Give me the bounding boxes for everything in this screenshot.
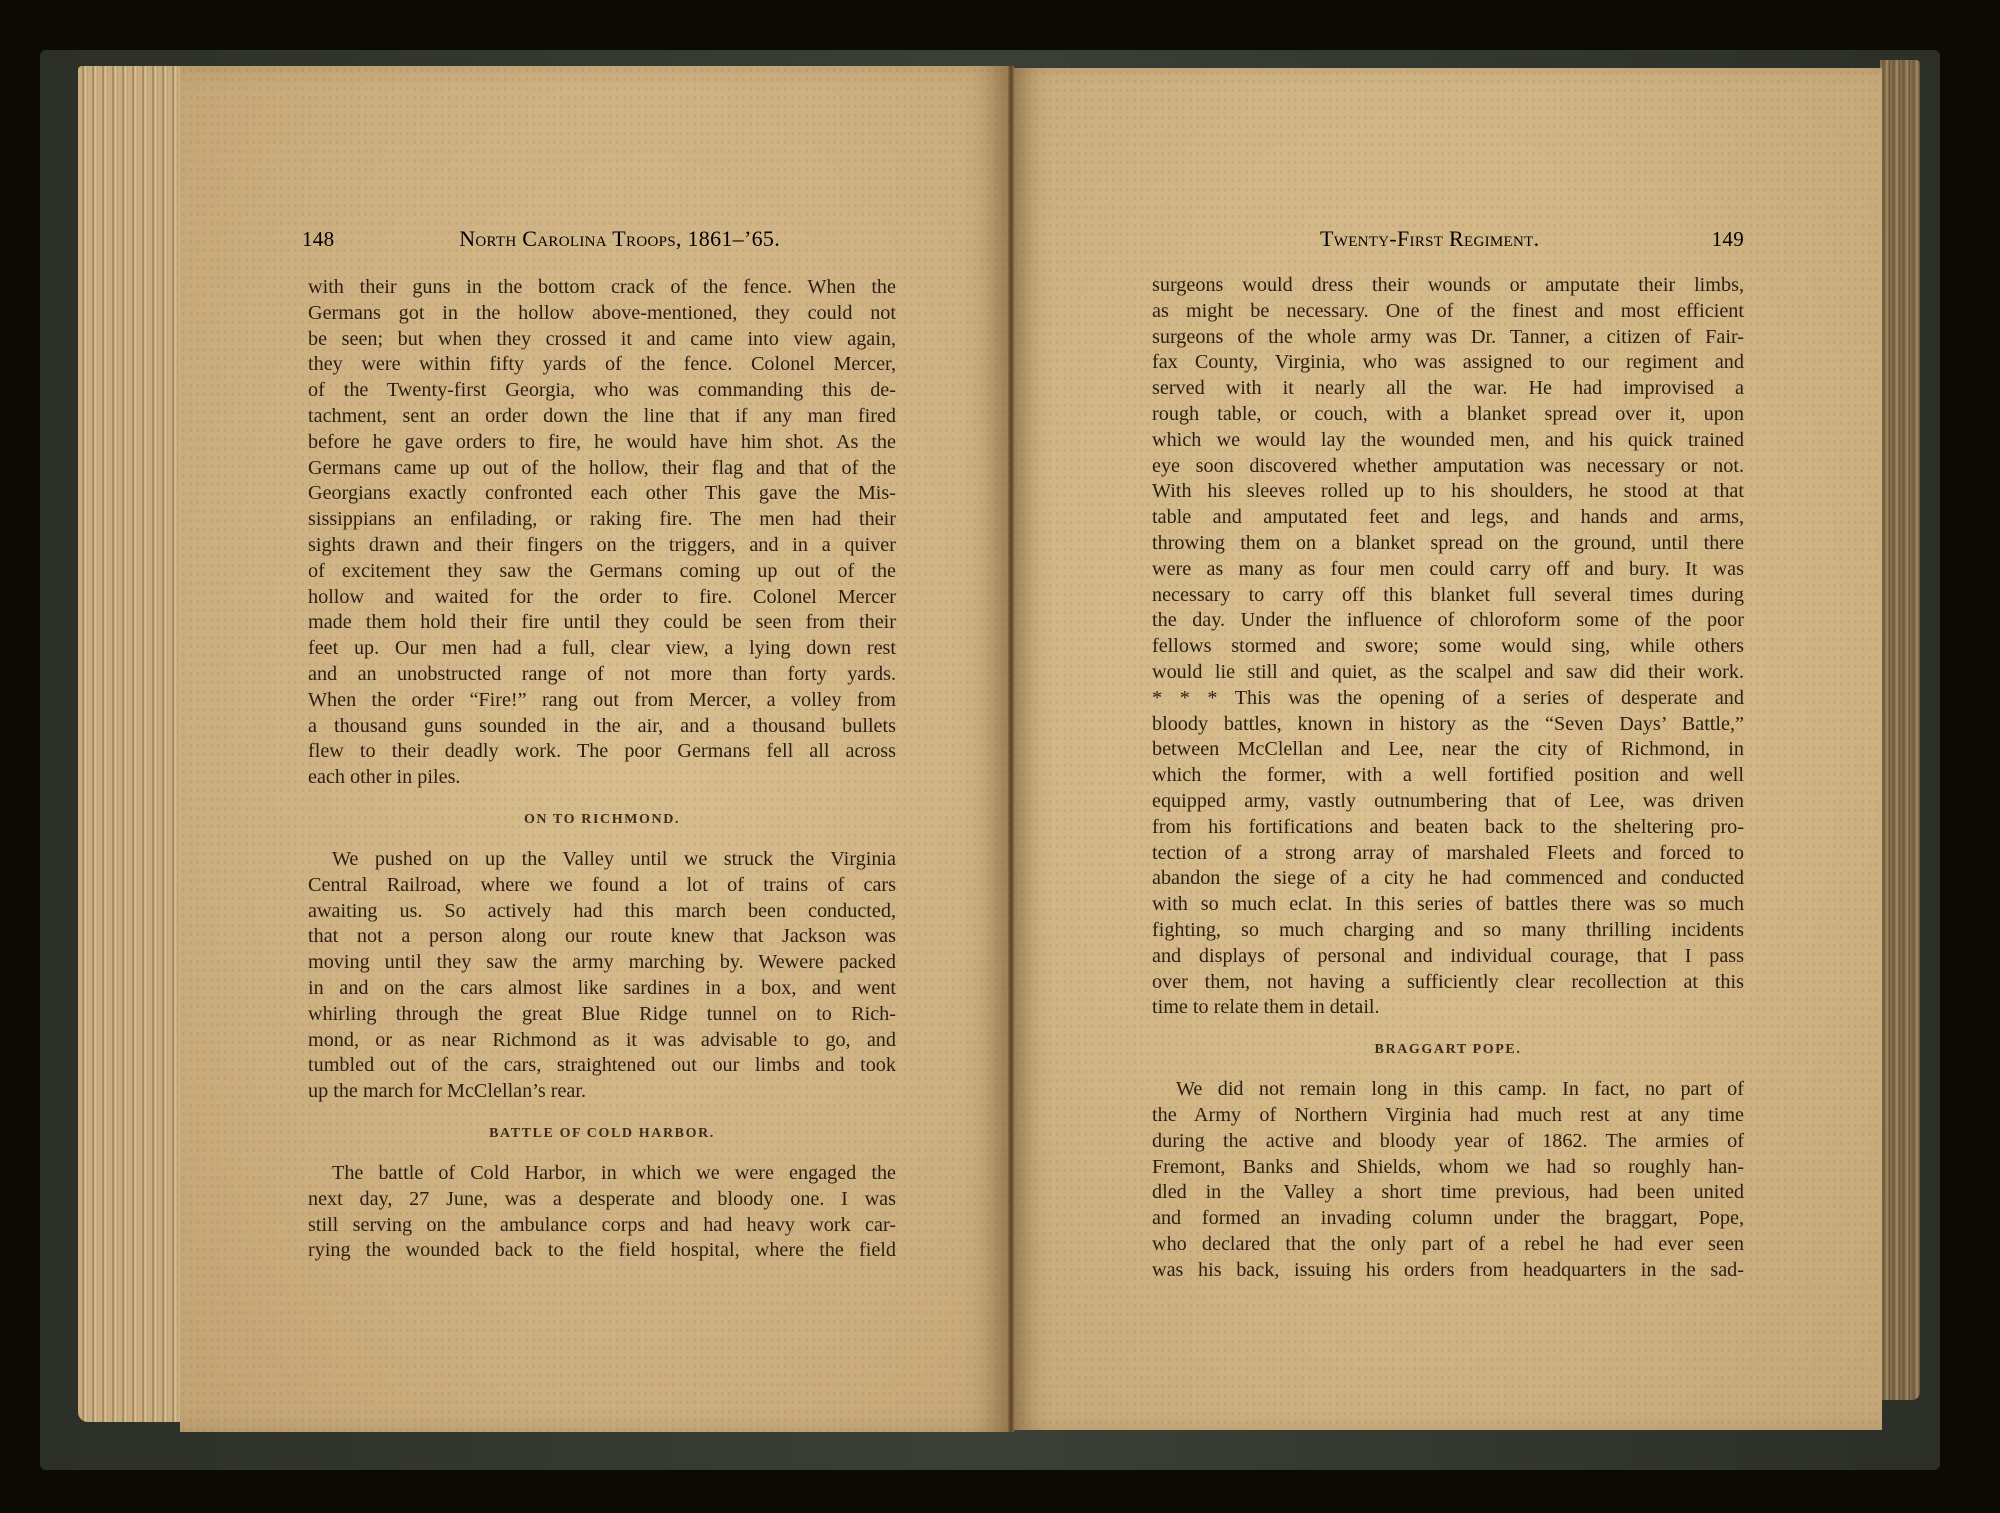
text-line: fighting, so much charging and so many t… bbox=[1152, 918, 1744, 944]
text-line: With his sleeves rolled up to his should… bbox=[1152, 479, 1744, 505]
text-line: which the former, with a well fortified … bbox=[1152, 763, 1744, 789]
text-line: abandon the siege of a city he had comme… bbox=[1152, 866, 1744, 892]
text-line: in and on the cars almost like sardines … bbox=[308, 976, 896, 1002]
text-line: tumbled out of the cars, straightened ou… bbox=[308, 1053, 896, 1079]
text-line: that not a person along our route knew t… bbox=[308, 924, 896, 950]
text-line: We did not remain long in this camp. In … bbox=[1152, 1077, 1744, 1103]
text-line: * * * This was the opening of a series o… bbox=[1152, 686, 1744, 712]
text-line: made them hold their fire until they cou… bbox=[308, 610, 896, 636]
paragraph: We pushed on up the Valley until we stru… bbox=[308, 847, 896, 1105]
paragraph: The battle of Cold Harbor, in which we w… bbox=[308, 1161, 896, 1264]
left-running-head: 148 North Carolina Troops, 1861–’65. bbox=[302, 226, 780, 256]
text-line: over them, not having a sufficiently cle… bbox=[1152, 970, 1744, 996]
text-line: dled in the Valley a short time previous… bbox=[1152, 1180, 1744, 1206]
text-line: When the order “Fire!” rang out from Mer… bbox=[308, 688, 896, 714]
text-line: We pushed on up the Valley until we stru… bbox=[308, 847, 896, 873]
text-line: be seen; but when they crossed it and ca… bbox=[308, 327, 896, 353]
text-line: Fremont, Banks and Shields, whom we had … bbox=[1152, 1155, 1744, 1181]
text-line: table and amputated feet and legs, and h… bbox=[1152, 505, 1744, 531]
text-line: Georgians exactly confronted each other … bbox=[308, 481, 896, 507]
text-line: who declared that the only part of a reb… bbox=[1152, 1232, 1744, 1258]
section-heading: BRAGGART POPE. bbox=[1152, 1031, 1744, 1073]
text-line: eye soon discovered whether amputation w… bbox=[1152, 454, 1744, 480]
text-line: feet up. Our men had a full, clear view,… bbox=[308, 636, 896, 662]
text-line: whirling through the great Blue Ridge tu… bbox=[308, 1002, 896, 1028]
text-line: sissippians an enfilading, or raking fir… bbox=[308, 507, 896, 533]
text-line: fellows stormed and swore; some would si… bbox=[1152, 634, 1744, 660]
running-title-left: North Carolina Troops, 1861–’65. bbox=[459, 226, 780, 252]
right-running-head: Twenty-First Regiment. 149 bbox=[1320, 226, 1744, 256]
page-number-left: 148 bbox=[302, 227, 334, 252]
section-heading: BATTLE OF COLD HARBOR. bbox=[308, 1115, 896, 1157]
text-line: bloody battles, known in history as the … bbox=[1152, 712, 1744, 738]
text-line: of the Twenty-first Georgia, who was com… bbox=[308, 378, 896, 404]
text-line: with so much eclat. In this series of ba… bbox=[1152, 892, 1744, 918]
text-line: throwing them on a blanket spread on the… bbox=[1152, 531, 1744, 557]
text-line: surgeons would dress their wounds or amp… bbox=[1152, 273, 1744, 299]
page-edges-right bbox=[1880, 60, 1920, 1400]
text-line: the day. Under the influence of chlorofo… bbox=[1152, 608, 1744, 634]
text-line: tection of a strong array of marshaled F… bbox=[1152, 841, 1744, 867]
text-line: between McClellan and Lee, near the city… bbox=[1152, 737, 1744, 763]
text-line: would lie still and quiet, as the scalpe… bbox=[1152, 660, 1744, 686]
text-line: they were within fifty yards of the fenc… bbox=[308, 352, 896, 378]
text-line: up the march for McClellan’s rear. bbox=[308, 1079, 896, 1105]
text-line: each other in piles. bbox=[308, 765, 896, 791]
text-line: with their guns in the bottom crack of t… bbox=[308, 275, 896, 301]
text-line: rough table, or couch, with a blanket sp… bbox=[1152, 402, 1744, 428]
paragraph: surgeons would dress their wounds or amp… bbox=[1152, 273, 1744, 1021]
text-line: during the active and bloody year of 186… bbox=[1152, 1129, 1744, 1155]
section-heading: ON TO RICHMOND. bbox=[308, 801, 896, 843]
running-title-right: Twenty-First Regiment. bbox=[1320, 226, 1539, 252]
text-line: which we would lay the wounded men, and … bbox=[1152, 428, 1744, 454]
text-line: a thousand guns sounded in the air, and … bbox=[308, 714, 896, 740]
text-line: was his back, issuing his orders from he… bbox=[1152, 1258, 1744, 1284]
paragraph: We did not remain long in this camp. In … bbox=[1152, 1077, 1744, 1283]
text-line: fax County, Virginia, who was assigned t… bbox=[1152, 350, 1744, 376]
text-line: equipped army, vastly outnumbering that … bbox=[1152, 789, 1744, 815]
text-line: necessary to carry off this blanket full… bbox=[1152, 583, 1744, 609]
text-line: from his fortifications and beaten back … bbox=[1152, 815, 1744, 841]
text-line: and displays of personal and individual … bbox=[1152, 944, 1744, 970]
text-line: before he gave orders to fire, he would … bbox=[308, 430, 896, 456]
text-line: Germans got in the hollow above-mentione… bbox=[308, 301, 896, 327]
text-line: surgeons of the whole army was Dr. Tanne… bbox=[1152, 325, 1744, 351]
text-line: sights drawn and their fingers on the tr… bbox=[308, 533, 896, 559]
text-line: still serving on the ambulance corps and… bbox=[308, 1213, 896, 1239]
text-line: hollow and waited for the order to fire.… bbox=[308, 585, 896, 611]
page-number-right: 149 bbox=[1712, 227, 1744, 252]
text-line: mond, or as near Richmond as it was advi… bbox=[308, 1028, 896, 1054]
text-line: served with it nearly all the war. He ha… bbox=[1152, 376, 1744, 402]
paragraph: with their guns in the bottom crack of t… bbox=[308, 275, 896, 791]
text-line: the Army of Northern Virginia had much r… bbox=[1152, 1103, 1744, 1129]
left-page-body: with their guns in the bottom crack of t… bbox=[308, 275, 896, 1264]
text-line: and an unobstructed range of not more th… bbox=[308, 662, 896, 688]
page-edges-left bbox=[78, 66, 188, 1422]
right-page-body: surgeons would dress their wounds or amp… bbox=[1152, 273, 1744, 1283]
text-line: and formed an invading column under the … bbox=[1152, 1206, 1744, 1232]
text-line: awaiting us. So actively had this march … bbox=[308, 899, 896, 925]
text-line: flew to their deadly work. The poor Germ… bbox=[308, 739, 896, 765]
text-line: were as many as four men could carry off… bbox=[1152, 557, 1744, 583]
text-line: time to relate them in detail. bbox=[1152, 995, 1744, 1021]
text-line: of excitement they saw the Germans comin… bbox=[308, 559, 896, 585]
text-line: The battle of Cold Harbor, in which we w… bbox=[308, 1161, 896, 1187]
text-line: tachment, sent an order down the line th… bbox=[308, 404, 896, 430]
book-gutter bbox=[1008, 66, 1014, 1432]
text-line: Germans came up out of the hollow, their… bbox=[308, 456, 896, 482]
text-line: as might be necessary. One of the finest… bbox=[1152, 299, 1744, 325]
text-line: next day, 27 June, was a desperate and b… bbox=[308, 1187, 896, 1213]
text-line: moving until they saw the army marching … bbox=[308, 950, 896, 976]
text-line: rying the wounded back to the field hosp… bbox=[308, 1238, 896, 1264]
text-line: Central Railroad, where we found a lot o… bbox=[308, 873, 896, 899]
